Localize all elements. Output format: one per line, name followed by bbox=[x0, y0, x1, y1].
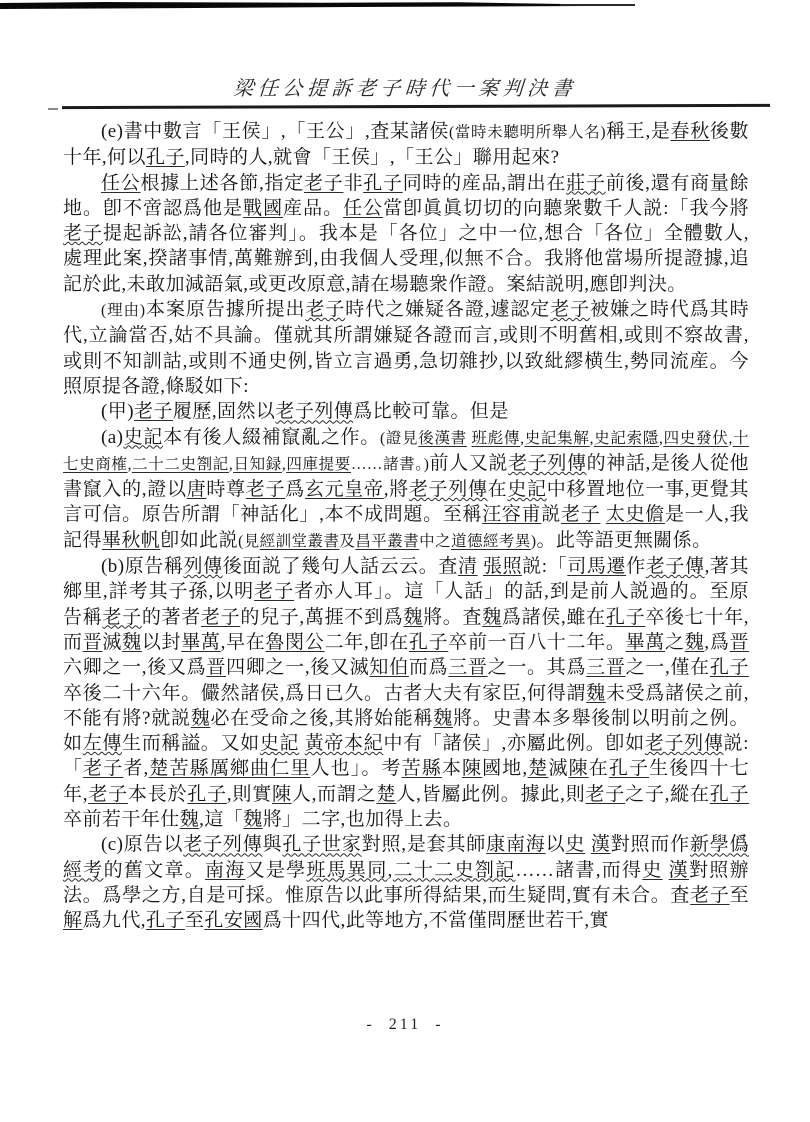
proper-noun-underlined: 楚 bbox=[149, 758, 170, 779]
inline-note-book-title: 班彪傳 bbox=[471, 430, 520, 447]
text-run: 説:「 bbox=[522, 556, 567, 577]
text-run: 又是學 bbox=[246, 860, 307, 881]
proper-noun-underlined: 曲仁里 bbox=[250, 758, 310, 779]
proper-noun-underlined: 晋 bbox=[83, 632, 103, 653]
text-run: 國地, bbox=[482, 758, 527, 779]
text-paragraph: (理由)本案原告據所提出老子時代之嫌疑各證,遽認定老子被嫌之時代爲其時代,立論當… bbox=[63, 297, 749, 399]
text-run: 之子,縱在 bbox=[625, 784, 710, 805]
proper-noun-underlined: 老子 bbox=[83, 758, 123, 779]
text-run: 滅 bbox=[102, 632, 122, 653]
proper-noun-underlined: 楚 bbox=[528, 758, 549, 779]
text-run: 前人又説 bbox=[429, 453, 508, 474]
text-run: (a) bbox=[101, 427, 123, 448]
text-run: 非 bbox=[343, 173, 363, 194]
text-run: 本 bbox=[442, 758, 462, 779]
header-rule-dash bbox=[48, 108, 58, 110]
text-run: 履歷,固然以 bbox=[173, 401, 275, 422]
proper-noun-underlined: 魏 bbox=[685, 632, 705, 653]
inline-note-book-title: 日知録 bbox=[233, 456, 282, 473]
proper-noun-underlined: 陳 bbox=[272, 784, 292, 805]
text-run: 而爲 bbox=[409, 657, 448, 678]
book-title-underlined: 二十二史劄記 bbox=[393, 860, 516, 881]
proper-noun-underlined: 魯閔公 bbox=[265, 632, 324, 653]
inline-note-book-title: 二十二史劄記 bbox=[132, 456, 229, 473]
proper-noun-underlined: 晋 bbox=[206, 657, 226, 678]
proper-noun-underlined: 老子 bbox=[561, 504, 600, 525]
proper-noun-underlined: 老子 bbox=[585, 784, 625, 805]
text-run: (c)原告以 bbox=[101, 834, 183, 855]
text-run: 産品。 bbox=[283, 198, 343, 219]
proper-noun-underlined: 魏 bbox=[586, 683, 606, 704]
text-run: 時代之嫌疑各證,遽認定 bbox=[345, 299, 550, 320]
text-run: 後面説了幾句人話云云。査 bbox=[223, 556, 458, 577]
text-run: 者, bbox=[123, 758, 148, 779]
text-run: 爲比較可靠。但是 bbox=[353, 401, 509, 422]
proper-noun-underlined: 畢萬 bbox=[626, 632, 665, 653]
text-run: 的舊文章。 bbox=[104, 860, 205, 881]
book-title-underlined: 班馬異同 bbox=[306, 860, 387, 881]
text-run: 。此等語更無關係。 bbox=[536, 530, 711, 551]
inline-note: (當時未聽明所舉人名) bbox=[449, 124, 606, 141]
text-run: 提起訴訟,請各位審判」。我本是「各位」之中一位,想合「各位」全體數人,處理此案,… bbox=[63, 223, 749, 295]
text-run: 將」二字,也加得上去。 bbox=[263, 809, 463, 830]
proper-noun-underlined: 畢秋帆 bbox=[102, 530, 160, 551]
proper-noun-underlined: 任公 bbox=[343, 198, 383, 219]
text-run: 在 bbox=[589, 758, 609, 779]
text-run: 二年,卽在 bbox=[325, 632, 409, 653]
proper-noun-underlined: 解 bbox=[63, 910, 82, 931]
inline-note-book-title: 四史發伏 bbox=[663, 430, 728, 447]
proper-noun-underlined: 苦縣 bbox=[170, 758, 210, 779]
text-run: 之 bbox=[665, 632, 685, 653]
inline-note-book-title: 昌平叢書 bbox=[355, 533, 419, 550]
proper-noun-underlined: 康南海 bbox=[486, 834, 545, 855]
book-title-underlined: 列傳 bbox=[183, 556, 222, 577]
proper-noun-underlined: 魏 bbox=[403, 607, 423, 628]
text-run: 稱王,是 bbox=[606, 121, 671, 142]
text-run: 的兒子,萬捱不到爲 bbox=[240, 607, 403, 628]
text-paragraph: (a)史記本有後人綴補竄亂之作。(證見後漢書 班彪傳,史記集解,史記索隱,四史發… bbox=[63, 425, 749, 554]
inline-note: (理由) bbox=[101, 302, 146, 319]
text-run: ,則實 bbox=[227, 784, 272, 805]
book-title-underlined: 老子列傳 bbox=[508, 453, 587, 474]
text-run: 爲諸侯,雖在 bbox=[502, 607, 606, 628]
proper-noun-underlined: 老子 bbox=[690, 885, 729, 906]
proper-noun-underlined: 孔子 bbox=[146, 147, 185, 168]
text-run: 與 bbox=[263, 834, 283, 855]
text-paragraph: (b)原告稱列傳後面説了幾句人話云云。査清 張照説:「司馬遷作老子傳,著其鄉里,… bbox=[63, 554, 749, 832]
proper-noun-underlined: 魏 bbox=[191, 708, 211, 729]
text-run: 當卽眞眞切切的向聽衆數千人説:「我今將 bbox=[383, 198, 749, 219]
text-run: 時尊 bbox=[206, 479, 245, 500]
page-number: - 211 - bbox=[0, 1016, 810, 1034]
proper-noun-underlined: 厲鄉 bbox=[210, 758, 250, 779]
book-title-underlined: 老子 bbox=[102, 607, 141, 628]
proper-noun-underlined: 春秋 bbox=[671, 121, 710, 142]
running-head-title: 梁任公提訴老子時代一案判決書 bbox=[0, 72, 810, 101]
proper-noun-underlined: 老子 bbox=[88, 784, 128, 805]
text-run: ,早在 bbox=[221, 632, 266, 653]
text-run: ……諸書,而得 bbox=[515, 860, 642, 881]
text-run: 中有「諸侯」,亦屬此例。卽如 bbox=[383, 733, 644, 754]
inline-note-book-title: 後漢書 bbox=[418, 430, 467, 447]
text-run: 同時的産品,謂出在 bbox=[403, 173, 566, 194]
proper-noun-underlined: 老子 bbox=[201, 607, 240, 628]
book-title-underlined: 史記 bbox=[123, 427, 163, 448]
proper-noun-underlined: 孔子 bbox=[409, 632, 448, 653]
inline-note-book-title: 史記集解 bbox=[524, 430, 589, 447]
text-run: 至 bbox=[185, 910, 204, 931]
proper-noun-underlined: 老子 bbox=[134, 401, 173, 422]
text-run: 根據上述各節,指定 bbox=[141, 173, 304, 194]
book-title-underlined: 老子列傳 bbox=[645, 733, 724, 754]
proper-noun-underlined: 司馬遷 bbox=[567, 556, 626, 577]
book-title-underlined: 左傳 bbox=[83, 733, 122, 754]
text-run: ,這「 bbox=[199, 809, 243, 830]
text-paragraph: (c)原告以老子列傳與孔子世家對照,是套其師康南海以史 漢對照而作新學僞經考的舊… bbox=[63, 832, 749, 933]
proper-noun-underlined: 陳 bbox=[569, 758, 589, 779]
text-run: 卽如此説 bbox=[160, 530, 238, 551]
book-title-underlined: 老子 bbox=[550, 299, 590, 320]
text-run: 卒前一百八十二年。 bbox=[448, 632, 625, 653]
text-run: 説 bbox=[541, 504, 561, 525]
inline-note: 中之 bbox=[419, 533, 451, 550]
text-run: 對照,是套其師 bbox=[362, 834, 486, 855]
text-run: 以封 bbox=[142, 632, 181, 653]
text-run: 爲九代, bbox=[82, 910, 146, 931]
proper-noun-underlined: 老子 bbox=[254, 581, 294, 602]
proper-noun-underlined: 唐 bbox=[187, 479, 207, 500]
proper-noun-underlined: 魏 bbox=[433, 708, 453, 729]
text-run: (甲) bbox=[101, 401, 134, 422]
inline-note-book-title: 道德經考異 bbox=[451, 533, 531, 550]
book-title-underlined: 老子列傳 bbox=[183, 834, 262, 855]
book-title-underlined: 老子 bbox=[63, 223, 103, 244]
proper-noun-underlined: 任公 bbox=[101, 173, 141, 194]
proper-noun-underlined: 孔子 bbox=[710, 784, 749, 805]
text-run: 滅 bbox=[548, 758, 568, 779]
text-run: 人,而謂之 bbox=[292, 784, 377, 805]
proper-noun-underlined: 漢 bbox=[669, 860, 689, 881]
book-title-underlined: 史記 bbox=[507, 479, 546, 500]
inline-note: (見 bbox=[238, 533, 260, 550]
text-run: 必在受命之後,其將始能稱 bbox=[210, 708, 433, 729]
text-run: 六卿之一,後又爲 bbox=[63, 657, 206, 678]
book-title-underlined: 老子 bbox=[305, 299, 345, 320]
proper-noun-underlined: 畢萬 bbox=[181, 632, 220, 653]
inline-note: ……諸書。) bbox=[351, 456, 429, 473]
book-title-underlined: 黃帝本紀 bbox=[305, 733, 384, 754]
scan-artifact-top-streak-tail bbox=[560, 4, 635, 6]
proper-noun-underlined: 魏 bbox=[180, 809, 199, 830]
proper-noun-underlined: 孔子 bbox=[609, 758, 649, 779]
text-run: 以 bbox=[546, 834, 566, 855]
text-run: (b)原告稱 bbox=[101, 556, 183, 577]
inline-note-book-title: 史記索隱 bbox=[594, 430, 659, 447]
inline-note-book-title: 四庫提要 bbox=[286, 456, 351, 473]
proper-noun-underlined: 三晋 bbox=[448, 657, 487, 678]
proper-noun-underlined: 楚 bbox=[377, 784, 397, 805]
text-run: 卒後二十六年。儼然諸侯,爲日已久。古者大夫有家臣,何得謂 bbox=[63, 683, 586, 704]
text-run: 在 bbox=[488, 479, 508, 500]
text-run: 作 bbox=[626, 556, 646, 577]
scanned-book-page: { "colors": { "paper": "#ffffff", "ink":… bbox=[0, 0, 810, 1122]
text-run: ,將 bbox=[384, 479, 409, 500]
text-run: 生而稱謚。又如 bbox=[122, 733, 260, 754]
book-title-underlined: 老子列傳 bbox=[409, 479, 488, 500]
text-run: 人,皆屬此例。據此,則 bbox=[396, 784, 585, 805]
proper-noun-underlined: 孔子 bbox=[710, 657, 749, 678]
proper-noun-underlined: 三晋 bbox=[586, 657, 625, 678]
proper-noun-underlined: 汪容甫 bbox=[482, 504, 541, 525]
text-run: ,爲 bbox=[704, 632, 729, 653]
text-paragraph: (甲)老子履歷,固然以老子列傳爲比較可靠。但是 bbox=[63, 399, 749, 424]
text-run: (e)書中數言「王侯」,「王公」,査某諸侯 bbox=[101, 121, 449, 142]
text-run: 之一,僅在 bbox=[626, 657, 710, 678]
scan-artifact-top-streak bbox=[0, 2, 588, 9]
header-rule bbox=[62, 104, 770, 109]
text-run: 人也」。考 bbox=[310, 758, 401, 779]
text-paragraph: (e)書中數言「王侯」,「王公」,査某諸侯(當時未聽明所舉人名)稱王,是春秋後數… bbox=[63, 119, 749, 171]
proper-noun-underlined: 晋 bbox=[730, 632, 749, 653]
proper-noun-underlined: 南海 bbox=[205, 860, 246, 881]
book-title-underlined: 老子傳 bbox=[646, 556, 705, 577]
book-title-underlined: 史記 bbox=[260, 733, 299, 754]
text-run: 對照而作 bbox=[611, 834, 690, 855]
text-run: 四卿之一,後又滅 bbox=[226, 657, 369, 678]
proper-noun-underlined: 知伯 bbox=[369, 657, 408, 678]
text-run: 卒前若干年仕 bbox=[63, 809, 180, 830]
text-run: 至 bbox=[730, 885, 749, 906]
text-run: 本長於 bbox=[128, 784, 187, 805]
proper-noun-underlined: 孔子 bbox=[606, 607, 645, 628]
proper-noun-underlined: 張照 bbox=[483, 556, 522, 577]
proper-noun-underlined: 孔子 bbox=[146, 910, 185, 931]
proper-noun-underlined: 魏 bbox=[122, 632, 142, 653]
text-run: 之一。其爲 bbox=[488, 657, 587, 678]
proper-noun-underlined: 老子 bbox=[304, 173, 344, 194]
text-run: 本有後人綴補竄亂之作。 bbox=[163, 427, 380, 448]
proper-noun-underlined: 漢 bbox=[591, 834, 611, 855]
proper-noun-underlined: 太史儋 bbox=[606, 504, 665, 525]
text-run: ,同時的人,就會「王侯」,「王公」聯用起來? bbox=[185, 147, 560, 168]
text-run: 本案原告據所提出 bbox=[146, 299, 306, 320]
proper-noun-underlined: 孔安國 bbox=[204, 910, 262, 931]
proper-noun-underlined: 孔子 bbox=[187, 784, 227, 805]
text-run: 的著者 bbox=[142, 607, 201, 628]
body-text-block: (e)書中數言「王侯」,「王公」,査某諸侯(當時未聽明所舉人名)稱王,是春秋後數… bbox=[63, 119, 749, 934]
proper-noun-underlined: 史 bbox=[642, 860, 662, 881]
proper-noun-underlined: 苦縣 bbox=[402, 758, 442, 779]
inline-note: 及 bbox=[339, 533, 355, 550]
proper-noun-underlined: 魏 bbox=[243, 809, 262, 830]
text-run: 爲十四代,此等地方,不當僅問歷世若干,實 bbox=[263, 910, 609, 931]
text-run: 將。査 bbox=[423, 607, 482, 628]
proper-noun-underlined: 孔子 bbox=[363, 173, 403, 194]
inline-note-book-title: 經訓堂叢書 bbox=[260, 533, 340, 550]
book-title-underlined: 莊子 bbox=[566, 173, 606, 194]
text-paragraph: 任公根據上述各節,指定老子非孔子同時的産品,謂出在莊子前後,還有商量餘地。卽不啻… bbox=[63, 171, 749, 297]
proper-noun-underlined: 陳 bbox=[462, 758, 482, 779]
proper-noun-underlined: 老子 bbox=[246, 479, 285, 500]
book-title-underlined: 孔子世家 bbox=[282, 834, 361, 855]
proper-noun-underlined: 魏 bbox=[482, 607, 502, 628]
proper-noun-underlined: 史 bbox=[565, 834, 585, 855]
text-run: 爲 bbox=[285, 479, 305, 500]
proper-noun-underlined: 清 bbox=[458, 556, 478, 577]
book-title-underlined: 老子列傳 bbox=[275, 401, 353, 422]
proper-noun-underlined: 戰國 bbox=[243, 198, 283, 219]
proper-noun-underlined: 玄元皇帝 bbox=[305, 479, 384, 500]
inline-note: (證見 bbox=[380, 430, 418, 447]
